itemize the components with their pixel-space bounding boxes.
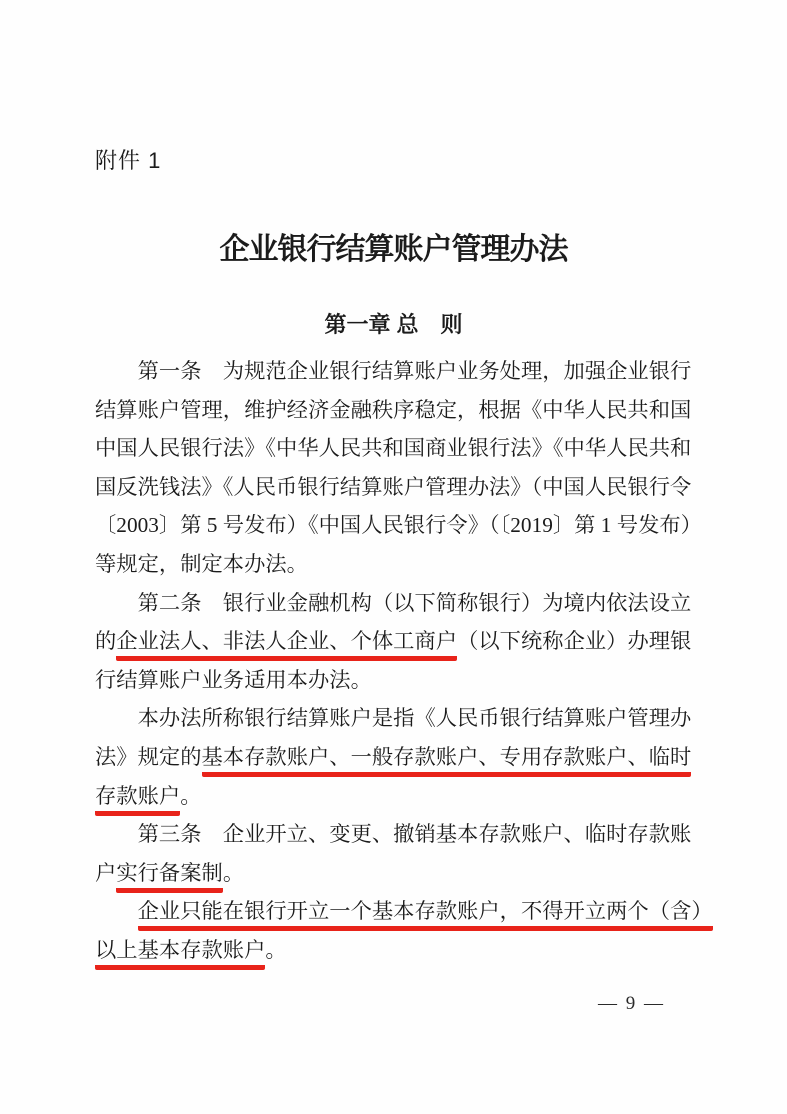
- text-segment: 法》规定的: [95, 745, 202, 769]
- text-segment: 第一条 为规范企业银行结算账户业务处理，加强企业银行: [138, 359, 692, 383]
- text-segment: （以下统称企业）办理银: [457, 629, 691, 653]
- text-segment: 的: [95, 629, 116, 653]
- attachment-label: 附件 1: [95, 144, 161, 175]
- text-line: 第三条 企业开立、变更、撤销基本存款账户、临时存款账: [95, 815, 735, 854]
- text-segment: 第三条 企业开立、变更、撤销基本存款账户、临时存款账: [138, 822, 692, 846]
- text-line: 第二条 银行业金融机构（以下简称银行）为境内依法设立: [95, 584, 735, 623]
- text-line: 国反洗钱法》《人民币银行结算账户管理办法》（中国人民银行令: [95, 468, 735, 507]
- underlined-text: 以上基本存款账户: [95, 938, 265, 970]
- text-segment: 国反洗钱法》《人民币银行结算账户管理办法》（中国人民银行令: [95, 475, 691, 499]
- underlined-text: 实行备案制: [116, 861, 223, 893]
- text-line: 本办法所称银行结算账户是指《人民币银行结算账户管理办: [95, 699, 735, 738]
- text-segment: 。: [265, 938, 286, 962]
- text-segment: 结算账户管理，维护经济金融秩序稳定，根据《中华人民共和国: [95, 398, 691, 422]
- text-line: 〔2003〕第 5 号发布）《中国人民银行令》（〔2019〕第 1 号发布）: [95, 506, 735, 545]
- text-segment: 行结算账户业务适用本办法。: [95, 668, 372, 692]
- text-line: 存款账户。: [95, 777, 735, 816]
- text-line: 第一条 为规范企业银行结算账户业务处理，加强企业银行: [95, 352, 735, 391]
- text-segment: 户: [95, 861, 116, 885]
- document-body: 第一条 为规范企业银行结算账户业务处理，加强企业银行 结算账户管理，维护经济金融…: [95, 352, 735, 970]
- text-line: 以上基本存款账户。: [95, 931, 735, 970]
- text-line: 中国人民银行法》《中华人民共和国商业银行法》《中华人民共和: [95, 429, 735, 468]
- text-line: 法》规定的基本存款账户、一般存款账户、专用存款账户、临时: [95, 738, 735, 777]
- page-number: — 9 —: [598, 993, 665, 1015]
- text-line: 的企业法人、非法人企业、个体工商户（以下统称企业）办理银: [95, 622, 735, 661]
- text-segment: 等规定，制定本办法。: [95, 552, 308, 576]
- document-title: 企业银行结算账户管理办法: [0, 224, 787, 268]
- text-line: 等规定，制定本办法。: [95, 545, 735, 584]
- text-line: 企业只能在银行开立一个基本存款账户，不得开立两个（含）: [95, 892, 735, 931]
- text-segment: 〔2003〕第 5 号发布）《中国人民银行令》（〔2019〕第 1 号发布）: [95, 513, 702, 537]
- document-page: 附件 1 企业银行结算账户管理办法 第一章 总 则 第一条 为规范企业银行结算账…: [0, 0, 787, 1114]
- underlined-text: 基本存款账户、一般存款账户、专用存款账户、临时: [202, 745, 692, 777]
- text-segment: 本办法所称银行结算账户是指《人民币银行结算账户管理办: [138, 706, 692, 730]
- text-segment: 中国人民银行法》《中华人民共和国商业银行法》《中华人民共和: [95, 436, 691, 460]
- text-segment: 。: [223, 861, 244, 885]
- underlined-text: 企业法人、非法人企业、个体工商户: [116, 629, 457, 661]
- underlined-text: 企业只能在银行开立一个基本存款账户，不得开立两个（含）: [138, 899, 713, 931]
- text-line: 行结算账户业务适用本办法。: [95, 661, 735, 700]
- text-segment: 第二条 银行业金融机构（以下简称银行）为境内依法设立: [138, 591, 692, 615]
- underlined-text: 存款账户: [95, 784, 180, 816]
- text-segment: 。: [180, 784, 201, 808]
- text-line: 结算账户管理，维护经济金融秩序稳定，根据《中华人民共和国: [95, 391, 735, 430]
- text-line: 户实行备案制。: [95, 854, 735, 893]
- chapter-heading: 第一章 总 则: [0, 308, 787, 339]
